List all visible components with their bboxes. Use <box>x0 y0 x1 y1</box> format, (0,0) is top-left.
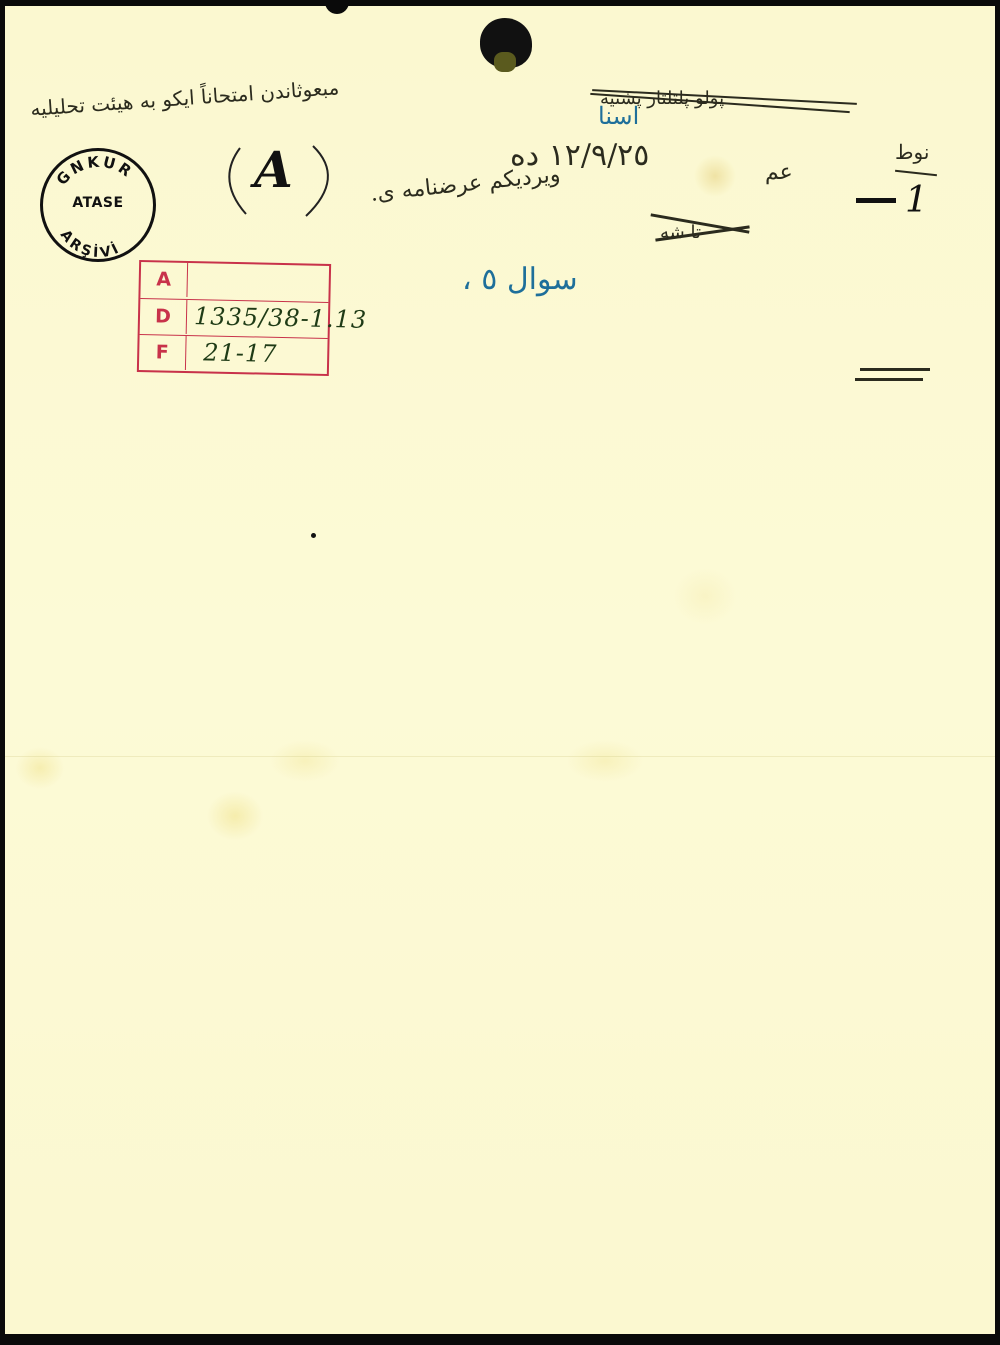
registry-row-a: A <box>140 262 329 302</box>
circled-letter: A <box>254 140 293 199</box>
registry-value: 21-17 <box>203 338 278 368</box>
ink-dot <box>311 533 316 538</box>
stamp-top-text: GNKUR <box>53 153 137 189</box>
margin-dash <box>856 198 896 203</box>
stamp-center-text: ATASE <box>43 195 153 211</box>
registry-key: D <box>140 299 188 334</box>
circled-letter-mark: A <box>218 140 333 218</box>
registry-key: A <box>140 262 188 297</box>
registry-row-f: F 21-17 <box>139 334 328 375</box>
date-fragment: عم <box>765 160 793 185</box>
svg-text:ARŞİVİ: ARŞİVİ <box>57 227 124 259</box>
margin-number: 1 <box>905 180 928 221</box>
registry-row-d: D 1335/38-1.13 <box>140 298 329 339</box>
punch-hole <box>480 18 532 68</box>
scribble-mark <box>855 378 923 381</box>
svg-text:GNKUR: GNKUR <box>53 153 137 189</box>
stamp-bottom-text: ARŞİVİ <box>57 227 124 259</box>
registry-key: F <box>139 335 187 370</box>
scribble-mark <box>860 368 930 371</box>
blue-annotation: اسنا <box>598 102 639 130</box>
margin-label: نوط <box>895 140 929 164</box>
registry-stamp: A D 1335/38-1.13 F 21-17 <box>137 260 331 376</box>
archive-stamp: GNKUR ARŞİVİ ATASE <box>40 148 156 262</box>
registry-value: 1335/38-1.13 <box>194 302 368 334</box>
blue-signature: سوال ٥ ، <box>462 262 578 297</box>
paper-fold-line <box>5 756 995 757</box>
